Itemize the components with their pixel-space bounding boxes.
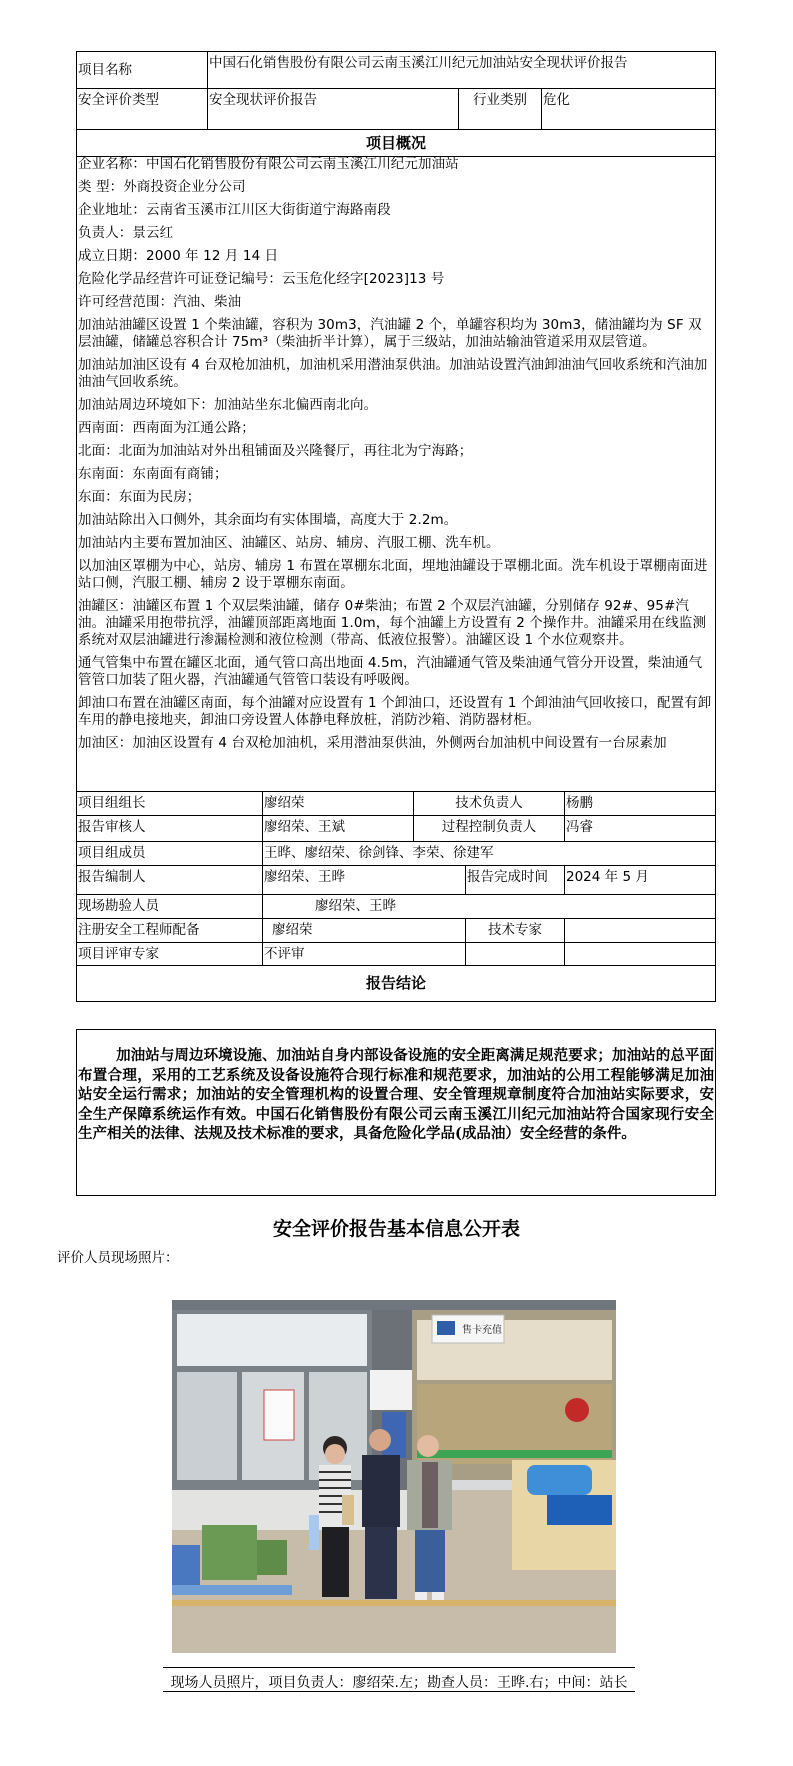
process-lead-label: 过程控制负责人: [413, 815, 565, 842]
author-value: 廖绍荣、王晔: [262, 865, 466, 895]
overview-paragraph: 企业名称：中国石化销售股份有限公司云南玉溪江川纪元加油站: [77, 156, 715, 173]
members-label: 项目组成员: [76, 841, 263, 866]
conclusion-text: 加油站与周边环境设施、加油站自身内部设备设施的安全距离满足规范要求；加油站的总平…: [78, 1047, 714, 1142]
overview-paragraph: 东南面：东南面有商铺；: [77, 466, 715, 483]
store-sign-text: 售卡充值: [462, 1323, 502, 1336]
overview-paragraph: 加油站内主要布置加油区、油罐区、站房、辅房、汽服工棚、洗车机。: [77, 535, 715, 552]
site-staff-value: 廖绍荣、王晔: [262, 894, 716, 919]
overview-paragraph: 油罐区：油罐区布置 1 个双层柴油罐，储存 0#柴油；布置 2 个双层汽油罐，分…: [77, 598, 715, 649]
overview-paragraph: 以加油区罩棚为中心，站房、辅房 1 布置在罩棚东北面，埋地油罐设于罩棚北面。洗车…: [77, 558, 715, 592]
overview-paragraph: 成立日期：2000 年 12 月 14 日: [77, 248, 715, 265]
overview-paragraph: 加油区：加油区设置有 4 台双枪加油机，采用潜油泵供油，外侧两台加油机中间设置有…: [77, 735, 715, 752]
review-expert-label: 项目评审专家: [76, 942, 263, 966]
tech-lead-value: 杨鹏: [564, 791, 716, 816]
reviewer-label: 报告审核人: [76, 815, 263, 842]
overview-paragraph: 许可经营范围：汽油、柴油: [77, 294, 715, 311]
author-label: 报告编制人: [76, 865, 263, 895]
photo-label: 评价人员现场照片：: [57, 1246, 179, 1266]
overview-paragraph: 东面：东面为民房；: [77, 489, 715, 506]
process-lead-value: 冯睿: [564, 815, 716, 842]
overview-paragraph: 加油站油罐区设置 1 个柴油罐，容积为 30m3，汽油罐 2 个，单罐容积均为 …: [77, 317, 715, 351]
eval-type-value: 安全现状评价报告: [207, 88, 459, 130]
tech-expert-label: 技术专家: [465, 918, 565, 943]
caption-top-rule: [163, 1667, 635, 1668]
overview-paragraph: 危险化学品经营许可证登记编号：云玉危化经字[2023]13 号: [77, 271, 715, 288]
overview-paragraph: 卸油口布置在油罐区南面，每个油罐对应设置有 1 个卸油口，还设置有 1 个卸油油…: [77, 695, 715, 729]
overview-paragraph: 加油站加油区设有 4 台双枪加油机，加油机采用潜油泵供油。加油站设置汽油卸油油气…: [77, 357, 715, 391]
conclusion-box: 加油站与周边环境设施、加油站自身内部设备设施的安全距离满足规范要求；加油站的总平…: [76, 1029, 716, 1196]
overview-heading: 项目概况: [76, 129, 716, 157]
overview-paragraph: 通气管集中布置在罐区北面，通气管口高出地面 4.5m，汽油罐通气管及柴油通气管分…: [77, 655, 715, 689]
industry-value: 危化: [541, 88, 716, 130]
leader-label: 项目组组长: [76, 791, 263, 816]
members-value: 王晔、廖绍荣、徐剑锋、李荣、徐建军: [262, 841, 716, 866]
site-staff-label: 现场勘验人员: [76, 894, 263, 919]
project-name-label: 项目名称: [76, 51, 208, 89]
overview-paragraph: 加油站除出入口侧外，其余面均有实体围墙，高度大于 2.2m。: [77, 512, 715, 529]
conclusion-heading: 报告结论: [76, 965, 716, 1002]
reviewer-value: 廖绍荣、王斌: [262, 815, 414, 842]
leader-value: 廖绍荣: [262, 791, 414, 816]
site-photo: 售卡充值: [172, 1300, 616, 1653]
disclosure-title: 安全评价报告基本信息公开表: [0, 1214, 793, 1241]
completion-label: 报告完成时间: [465, 865, 565, 895]
tech-lead-label: 技术负责人: [413, 791, 565, 816]
eval-type-label: 安全评价类型: [76, 88, 208, 130]
overview-paragraph: 西南面：西南面为江通公路；: [77, 420, 715, 437]
overview-text-area[interactable]: 企业名称：中国石化销售股份有限公司云南玉溪江川纪元加油站类 型：外商投资企业分公…: [76, 156, 716, 792]
project-name-value: 中国石化销售股份有限公司云南玉溪江川纪元加油站安全现状评价报告: [207, 51, 716, 89]
engineer-label: 注册安全工程师配备: [76, 918, 263, 943]
overview-paragraph: 加油站周边环境如下：加油站坐东北偏西南北向。: [77, 397, 715, 414]
overview-paragraph: 负责人：景云红: [77, 225, 715, 242]
industry-label: 行业类别: [458, 88, 542, 130]
completion-value: 2024 年 5 月: [564, 865, 716, 895]
engineer-value: 廖绍荣: [262, 918, 466, 943]
overview-paragraph: 北面：北面为加油站对外出租铺面及兴隆餐厅，再往北为宁海路；: [77, 443, 715, 460]
review-expert-empty-2: [564, 942, 716, 966]
photo-caption: 现场人员照片，项目负责人：廖绍荣.左；勘查人员：王晔.右；中间：站长: [163, 1672, 635, 1692]
review-expert-empty-1: [465, 942, 565, 966]
caption-bottom-rule: [163, 1691, 635, 1692]
overview-paragraph: 类 型：外商投资企业分公司: [77, 179, 715, 196]
review-expert-value: 不评审: [262, 942, 466, 966]
overview-paragraph: 企业地址：云南省玉溪市江川区大街街道宁海路南段: [77, 202, 715, 219]
tech-expert-value: [564, 918, 716, 943]
